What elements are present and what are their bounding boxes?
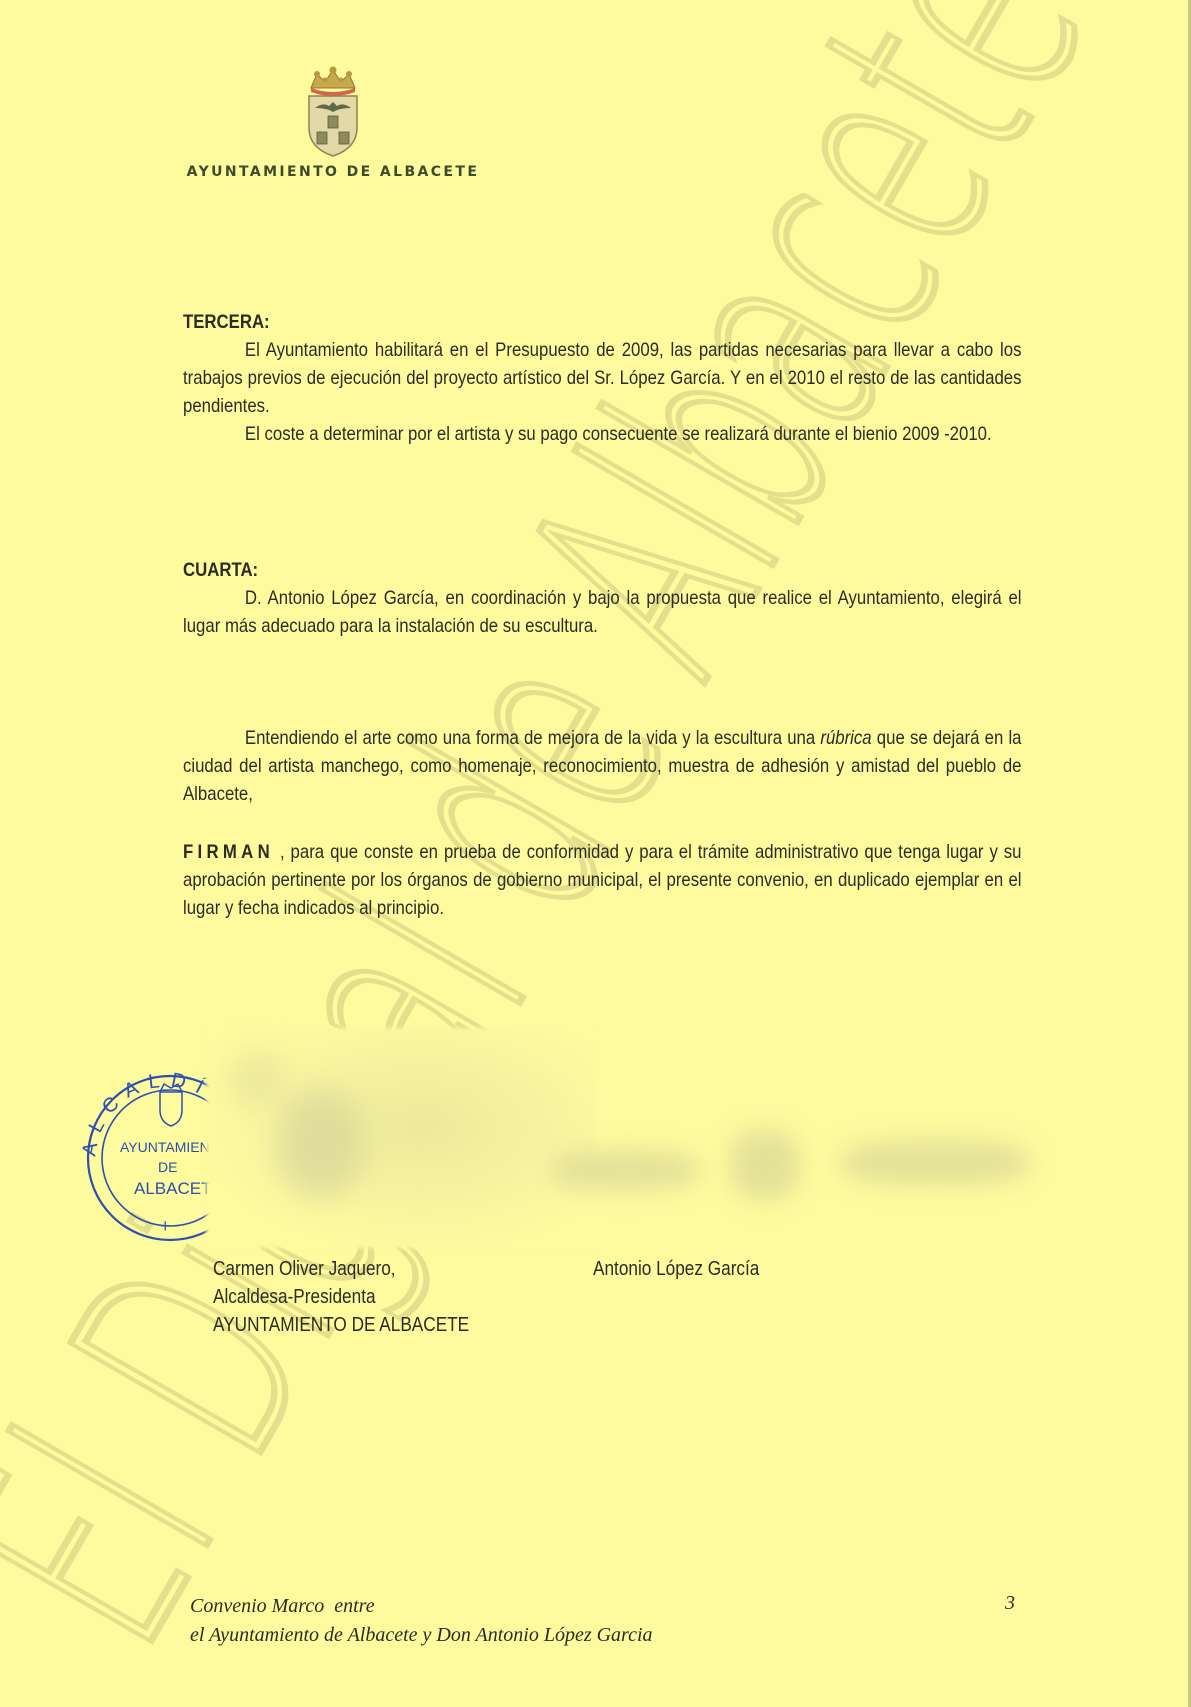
stamp-cross: + — [160, 1216, 171, 1236]
firman-statement: FIRMAN , para que conste en prueba de co… — [183, 838, 905, 922]
clause-heading: CUARTA: — [183, 556, 1022, 584]
stamp-line2: DE — [158, 1159, 177, 1175]
firman-paragraph: FIRMAN , para que conste en prueba de co… — [183, 838, 1022, 922]
firman-label: FIRMAN — [183, 841, 274, 863]
redacted-signature-left — [206, 1028, 596, 1248]
institution-name: AYUNTAMIENTO DE ALBACETE — [183, 164, 483, 180]
clause-heading: TERCERA: — [183, 308, 1022, 336]
firman-text: , para que conste en prueba de conformid… — [183, 841, 1022, 919]
closing-paragraph: Entendiendo el arte como una forma de me… — [183, 724, 1022, 808]
signatory-right: Antonio López García — [593, 1255, 759, 1283]
closing-statement: Entendiendo el arte como una forma de me… — [183, 724, 905, 808]
signatory-name: Antonio López García — [593, 1255, 759, 1283]
signatory-title: Alcaldesa-Presidenta — [213, 1283, 469, 1311]
page-number: 3 — [1005, 1592, 1015, 1615]
clause-cuarta: CUARTA: D. Antonio López García, en coor… — [183, 556, 905, 640]
signatory-organization: AYUNTAMIENTO DE ALBACETE — [213, 1311, 469, 1339]
clause-paragraph: El coste a determinar por el artista y s… — [183, 420, 1022, 448]
clause-paragraph: D. Antonio López García, en coordinación… — [183, 584, 1022, 640]
closing-text: Entendiendo el arte como una forma de me… — [245, 727, 820, 749]
signatory-name: Carmen Oliver Jaquero, — [213, 1255, 469, 1283]
footer-line1: Convenio Marco entre — [190, 1592, 653, 1621]
redacted-signature-right — [540, 1110, 1120, 1220]
letterhead: AYUNTAMIENTO DE ALBACETE — [183, 66, 483, 180]
coat-of-arms-icon — [303, 66, 363, 158]
footer-line2: el Ayuntamiento de Albacete y Don Antoni… — [190, 1621, 653, 1650]
clause-paragraph: El Ayuntamiento habilitará en el Presupu… — [183, 336, 1022, 420]
footer: Convenio Marco entre el Ayuntamiento de … — [190, 1592, 653, 1650]
signatory-left: Carmen Oliver Jaquero, Alcaldesa-Preside… — [213, 1255, 469, 1339]
closing-italic-word: rúbrica — [820, 727, 871, 749]
clause-tercera: TERCERA: El Ayuntamiento habilitará en e… — [183, 308, 905, 448]
